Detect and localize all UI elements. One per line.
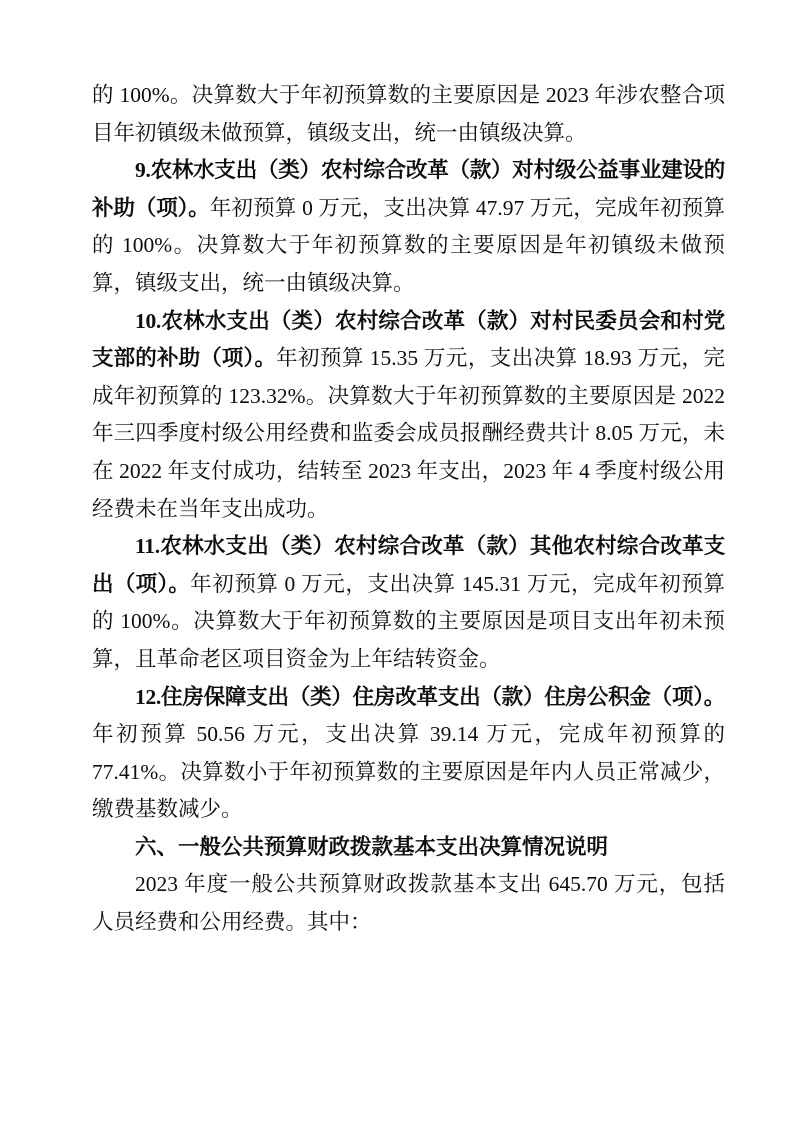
item-12-title: 12.住房保障支出（类）住房改革支出（款）住房公积金（项）。 <box>135 685 725 709</box>
item-10-body: 年初预算 15.35 万元，支出决算 18.93 万元，完成年初预算的 123.… <box>92 346 725 520</box>
paragraph-item-12: 12.住房保障支出（类）住房改革支出（款）住房公积金（项）。年初预算 50.56… <box>92 679 725 829</box>
section-heading: 六、一般公共预算财政拨款基本支出决算情况说明 <box>92 829 725 867</box>
paragraph-continuation: 的 100%。决算数大于年初预算数的主要原因是 2023 年涉农整合项目年初镇级… <box>92 77 725 152</box>
paragraph-item-11: 11.农林水支出（类）农村综合改革（款）其他农村综合改革支出（项）。年初预算 0… <box>92 528 725 678</box>
document-page: 的 100%。决算数大于年初预算数的主要原因是 2023 年涉农整合项目年初镇级… <box>0 0 793 1122</box>
paragraph-closing: 2023 年度一般公共预算财政拨款基本支出 645.70 万元，包括人员经费和公… <box>92 866 725 941</box>
paragraph-item-9: 9.农林水支出（类）农村综合改革（款）对村级公益事业建设的补助（项）。年初预算 … <box>92 152 725 302</box>
paragraph-item-10: 10.农林水支出（类）农村综合改革（款）对村民委员会和村党支部的补助（项）。年初… <box>92 303 725 529</box>
item-12-body: 年初预算 50.56 万元，支出决算 39.14 万元，完成年初预算的 77.4… <box>92 722 725 821</box>
